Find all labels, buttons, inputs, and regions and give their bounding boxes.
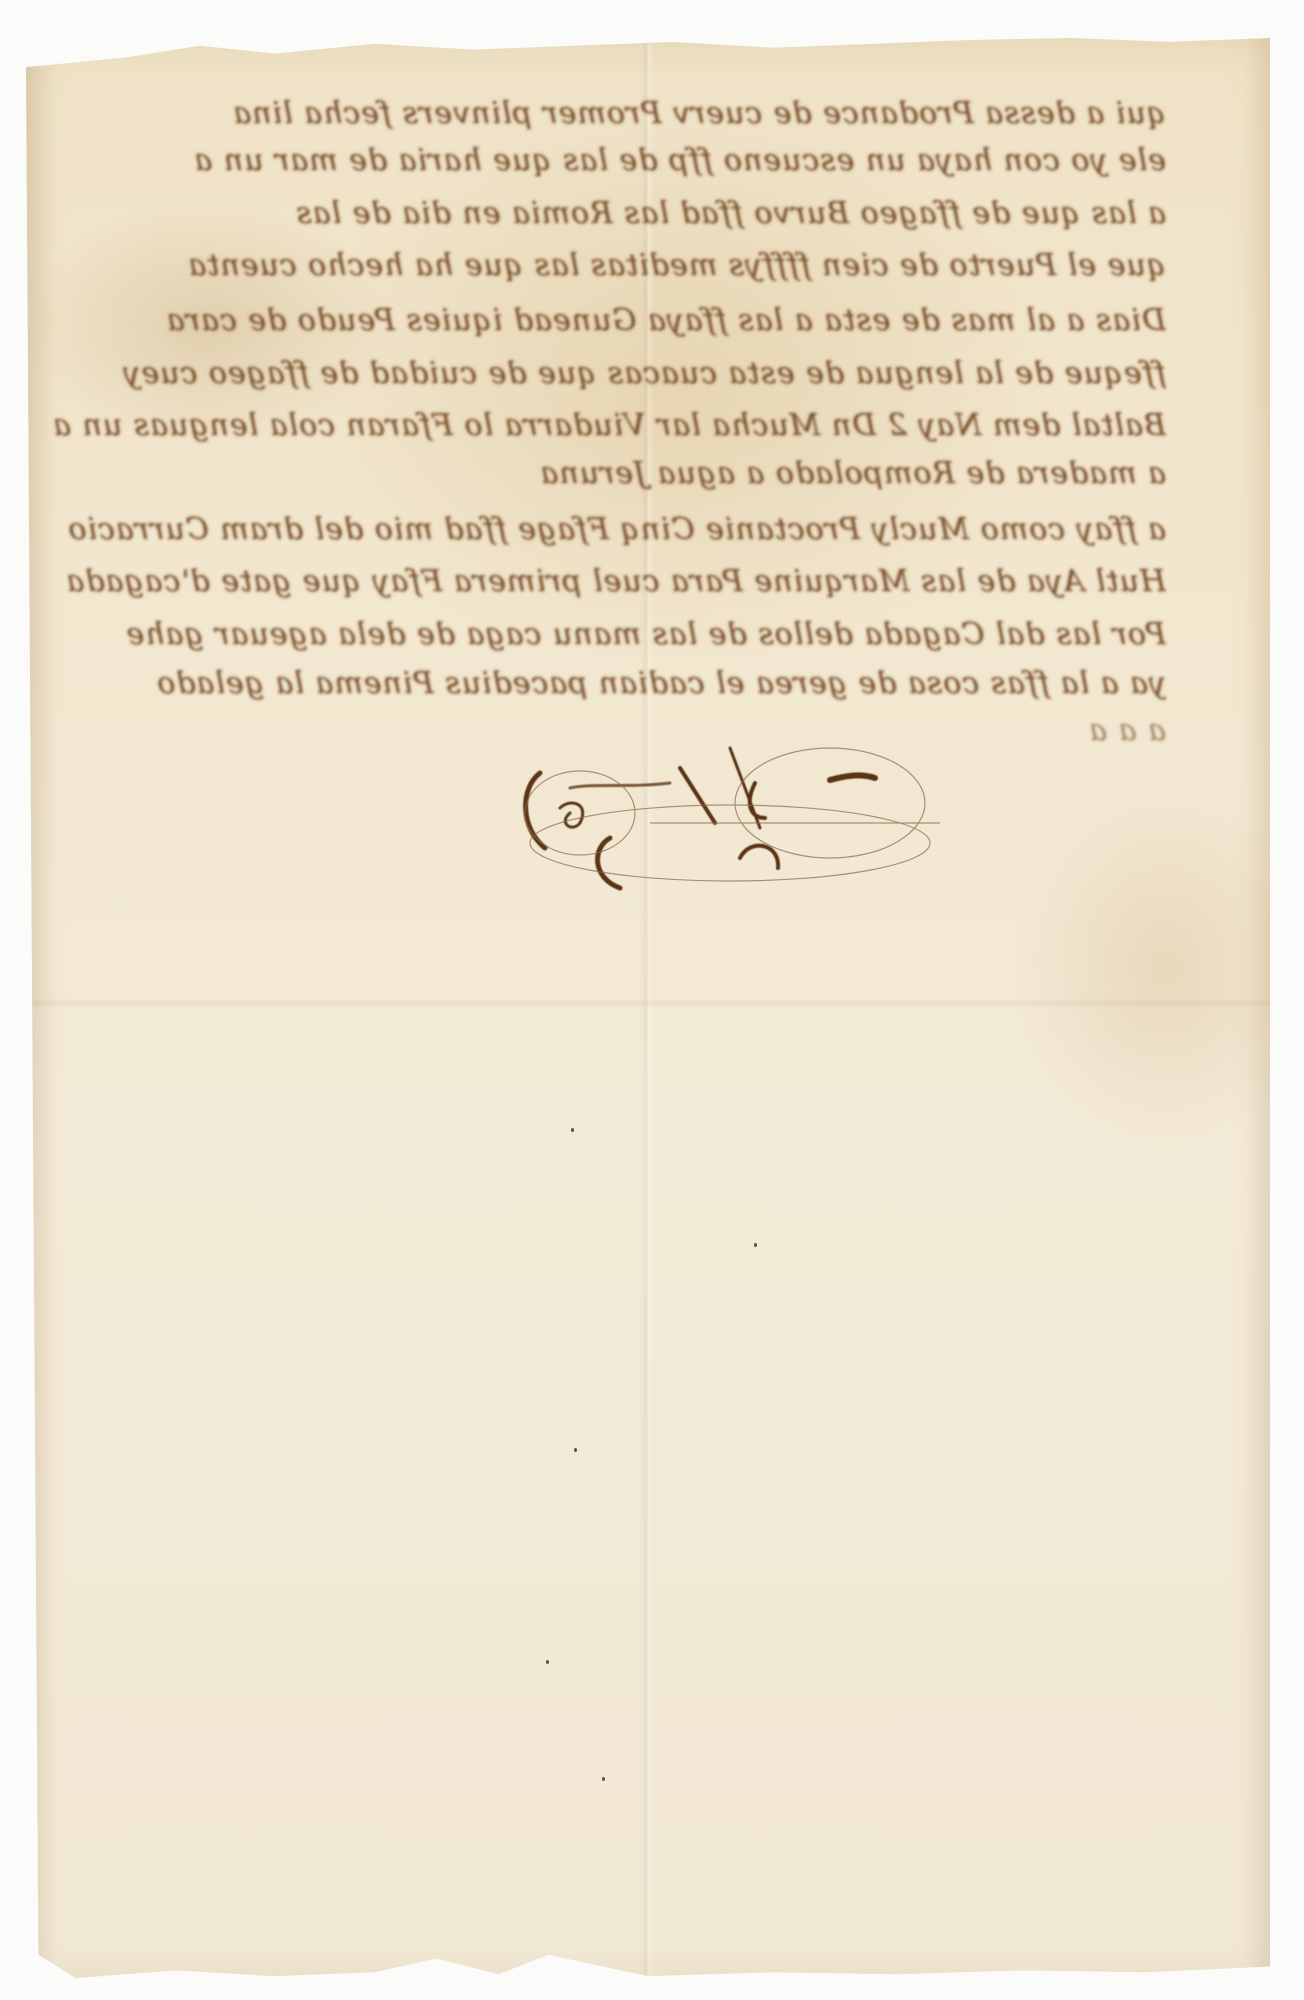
ink-line-3: a las que de ffageo Burvo ffad las Romia…: [46, 196, 1166, 240]
paper-right-edge: [1244, 38, 1270, 1982]
ink-line-9: a ffay como Mucly Proctanie Cinq Ffage f…: [46, 512, 1166, 556]
ink-line-8: a madera de Rompolado a agua Jeruna: [46, 456, 1166, 500]
ink-line-12: ya a la ffas cosa de gerea el cadian pac…: [46, 666, 1166, 710]
ink-line-5: Dias a al mas de esta a las ffaya Gunead…: [46, 303, 1166, 347]
ink-line-4: que el Puerto de cien ffffys meditas las…: [46, 248, 1166, 292]
paper-sheet: qui a dessa Prodance de cuerv Promer pli…: [26, 38, 1270, 1982]
signature-flourish-icon: [500, 728, 960, 898]
ink-line-10: Hutl Aya de las Marquine Para cuel prime…: [46, 564, 1166, 608]
paper-speck: [602, 1777, 605, 1781]
paper-speck: [754, 1243, 757, 1247]
paper-speck: [546, 1660, 549, 1664]
ink-line-6: ffeque de la lengua de esta cuacas que d…: [46, 356, 1166, 400]
paper-speck: [571, 1128, 574, 1132]
ink-line-11: Por las dal Cagada dellos de las manu ca…: [46, 617, 1166, 661]
ink-line-7: Baltal dem Nay 2 Dn Mucha lar Viudarra l…: [46, 408, 1166, 452]
horizontal-fold-crease: [26, 998, 1270, 1008]
ink-line-2: ele yo con haya un escueno ffp de las qu…: [46, 143, 1166, 187]
ink-line-1: qui a dessa Prodance de cuerv Promer pli…: [46, 96, 1166, 140]
paper-speck: [574, 1448, 577, 1452]
